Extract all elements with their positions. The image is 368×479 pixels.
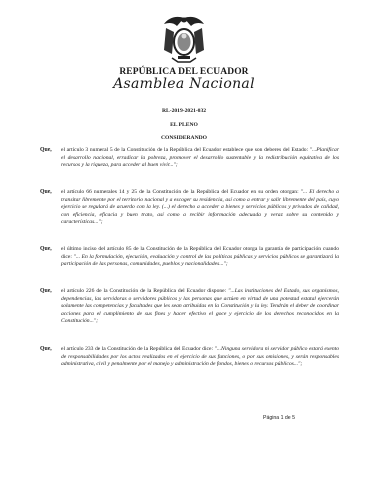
resolution-number: RL-2019-2021-032	[0, 108, 368, 114]
clause-quote: "... En la formulación, ejecución, evalu…	[61, 254, 339, 268]
section-title: CONSIDERANDO	[0, 135, 368, 141]
clause-text: el artículo 66 numerales 14 y 25 de la C…	[61, 189, 339, 227]
clause-label: Que,	[40, 288, 52, 294]
clause-text: el artículo 233 de la Constitución de la…	[61, 346, 339, 369]
ecuador-coat-of-arms-icon	[156, 14, 212, 66]
clause-text: el último inciso del artículo 85 de la C…	[61, 246, 339, 269]
clause-label: Que,	[40, 147, 52, 153]
clause-text: el artículo 3 numeral 5 de la Constituci…	[61, 147, 339, 170]
clause-intro: el artículo 3 numeral 5 de la Constituci…	[61, 147, 310, 153]
document-page: REPÚBLICA DEL ECUADOR Asamblea Nacional …	[0, 0, 368, 479]
clause-text: el artículo 226 de la Constitución de la…	[61, 288, 339, 326]
clause-intro: el artículo 66 numerales 14 y 25 de la C…	[61, 189, 301, 195]
page-number: Página 1 de 5	[263, 415, 295, 421]
body-title: EL PLENO	[0, 122, 368, 128]
clause-intro: el artículo 233 de la Constitución de la…	[61, 346, 215, 352]
clause-label: Que,	[40, 246, 52, 252]
clause-intro: el artículo 226 de la Constitución de la…	[61, 288, 228, 294]
clause-label: Que,	[40, 189, 52, 195]
assembly-heading: Asamblea Nacional	[0, 76, 368, 92]
clause-label: Que,	[40, 346, 52, 352]
